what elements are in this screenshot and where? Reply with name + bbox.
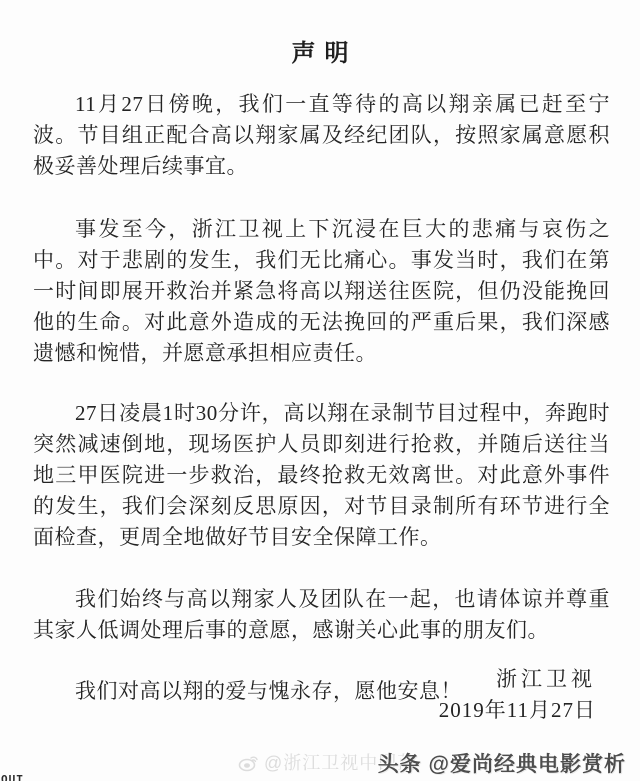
- paragraph-2: 事发至今，浙江卫视上下沉浸在巨大的悲痛与哀伤之中。对于悲剧的发生，我们无比痛心。…: [33, 214, 610, 369]
- paragraph-4: 我们始终与高以翔家人及团队在一起，也请体谅并尊重其家人低调处理后事的意愿，感谢关…: [33, 584, 610, 646]
- toutiao-watermark-text: 头条 @爱尚经典电影赏析: [378, 748, 626, 778]
- paragraph-1: 11月27日傍晚，我们一直等待的高以翔亲属已赶至宁波。节目组正配合高以翔家属及经…: [33, 89, 610, 182]
- signature-date: 2019年11月27日: [439, 695, 596, 726]
- statement-document-page: 声明 11月27日傍晚，我们一直等待的高以翔亲属已赶至宁波。节目组正配合高以翔家…: [0, 0, 640, 781]
- weibo-icon: [238, 752, 260, 772]
- paragraph-3: 27日凌晨1时30分许，高以翔在录制节目过程中，奔跑时突然减速倒地，现场医护人员…: [33, 398, 610, 553]
- signature-org: 浙江卫视: [439, 664, 596, 695]
- corner-artifact-fragment: OUT: [1, 773, 24, 781]
- document-title: 声明: [0, 33, 640, 68]
- signature-block: 浙江卫视 2019年11月27日: [439, 664, 596, 726]
- document-body: 11月27日傍晚，我们一直等待的高以翔亲属已赶至宁波。节目组正配合高以翔家属及经…: [0, 89, 640, 707]
